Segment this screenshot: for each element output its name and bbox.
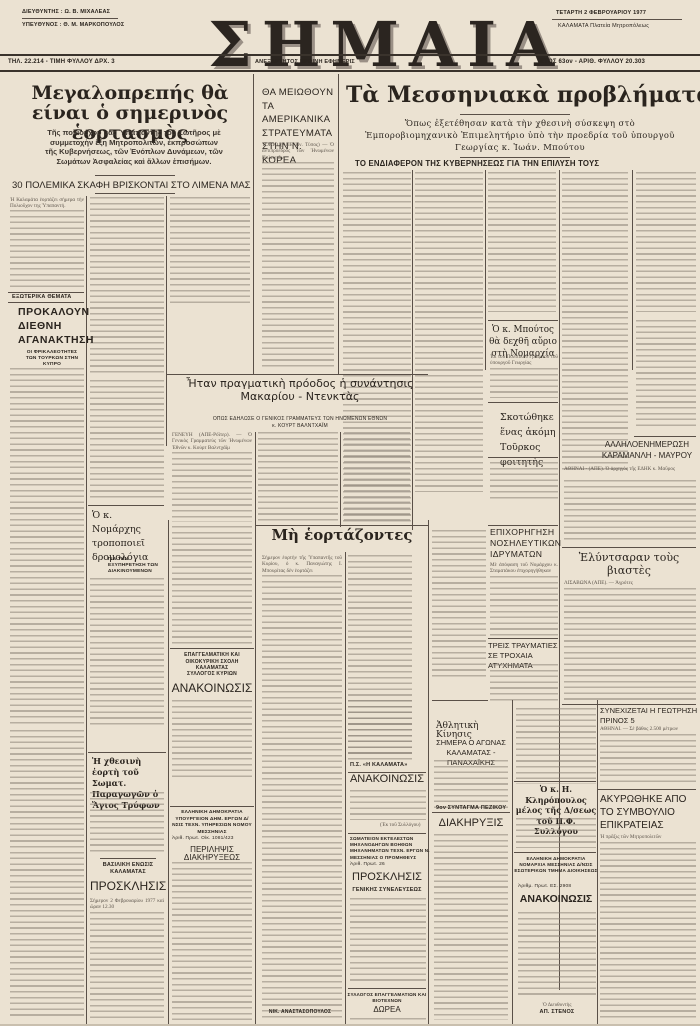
mech-org: ΣΩΜΑΤΕΙΟΝ ΕΚΤΕΛΕΣΤΩΝ ΜΗΧΑΝΟΔΗΓΩΝ ΒΟΗΘΩΝ … [350, 836, 430, 861]
messinia-col-2 [415, 172, 483, 492]
prefecture-body [518, 912, 596, 998]
prinos-body [600, 734, 696, 784]
messinia-headline: Τὰ Μεσσηνιακὰ προβλήματα [346, 84, 696, 107]
foreign-deck: ΟΙ ΦΡΙΚΑΛΕΟΤΗΤΕΣ ΤΩΝ ΤΟΥΡΚΩΝ ΣΤΗΝ ΚΥΠΡΟ [22, 350, 82, 368]
student-headline: Σκοτώθηκε ἕνας ἀκόμη Τοῦρκος φοιτητὴς [500, 410, 560, 470]
messinia-deck: Ὅπως ἐξετέθησαν κατὰ τὴν χθεσινὴ σύσκεψη… [360, 118, 680, 153]
mech-body [350, 898, 426, 984]
prinos-headline: ΣΥΝΕΧΙΖΕΤΑΙ Η ΓΕΩΤΡΗΣΗ ΠΡΙΝΟΣ 5 [600, 706, 698, 726]
not-celebrating-lead: Σήμερον ἑορτὴν τῆς Ὑπαπαντῆς τοῦ Κυρίου,… [262, 555, 342, 575]
mech-title: ΠΡΟΣΚΛΗΣΙΣ [346, 872, 428, 884]
works-body [172, 862, 252, 1022]
messinia-col-3 [488, 172, 556, 312]
foreign-kicker: ΕΞΩΤΕΡΙΚΑ ΘΕΜΑΤΑ [12, 294, 71, 300]
left-col-1-bottom [10, 730, 84, 1020]
newspaper-page: ΔΙΕΥΘΥΝΤΗΣ : Ω. Β. ΜΙΧΑΛΕΑΣ ΥΠΕΥΘΥΝΟΣ : … [0, 0, 700, 1026]
makarios-lead: ΓΕΝΕΥΗ (ΑΠΕ-Ρόϊτερ). — Ὁ Γενικὸς Γραμματ… [172, 432, 252, 452]
hospitals-lead: Μὲ ἀπόφαση τοῦ Νομάρχου κ. Σταματάκου ἐπ… [490, 562, 558, 576]
prefecture-title: ΑΝΑΚΟΙΝΩΣΙΣ [514, 894, 598, 905]
karamanlis-headline: ΑΛΛΗΛΟΕΝΗΜΕΡΩΣΗ ΚΑΡΑΜΑΝΛΗ - ΜΑΥΡΟΥ [598, 440, 696, 461]
basilike-body [90, 912, 164, 1020]
makarios-col-3 [344, 432, 410, 522]
korea-lead: ΤΟΚΙΟ (ΑΠΕ-Ἡν. Τύπος) — Ὁ ἀντιπρόεδρος τ… [262, 142, 334, 162]
boutos-body [490, 368, 558, 398]
dorea-title: ΔΩΡΕΑ [346, 1006, 428, 1014]
makarios-headline: Ἦταν πραγματικὴ πρόοδος ἡ συνάντησις Μακ… [172, 377, 428, 403]
makarios-deck: ΟΠΩΣ ΕΔΗΛΩΣΕ Ο ΓΕΝΙΚΟΣ ΓΡΑΜΜΑΤΕΥΣ ΤΩΝ ΗΝ… [210, 416, 390, 430]
hospitals-body [490, 576, 558, 636]
feast-column-1 [10, 210, 84, 290]
messinia-col-4 [562, 172, 628, 472]
prefecture-sign-name: ΑΠ. ΣΤΕΝΟΣ [518, 1010, 596, 1016]
not-celebrating-col-1 [262, 575, 342, 1020]
klironomos-above [516, 708, 596, 784]
ps-org: Π.Σ. «Η ΚΑΛΑΜΑΤΑ» [350, 763, 430, 769]
hospitals-headline: ΕΠΙΧΟΡΗΓΗΣΗ ΝΟΣΗΛΕΥΤΙΚΩΝ ΙΔΡΥΜΑΤΩΝ [490, 527, 560, 560]
foreign-headline: ΠΡΟΚΑΛΟΥΝ ΔΙΕΘΝΗ ΑΓΑΝΑΚΤΗΣΗ [18, 305, 84, 347]
school-title: ΑΝΑΚΟΙΝΩΣΙΣ [170, 682, 254, 695]
battalion-org: 9ον ΣΥΝΤΑΓΜΑ ΠΕΖΙΚΟΥ [436, 806, 512, 812]
nomarch-body [90, 578, 164, 728]
address: ΚΑΛΑΜΑΤΑ Πλατεία Μητροπόλεως [558, 23, 649, 29]
director-credit: ΔΙΕΥΘΥΝΤΗΣ : Ω. Β. ΜΙΧΑΛΕΑΣ [22, 9, 110, 15]
phone-price: ΤΗΛ. 22.214 - ΤΙΜΗ ΦΥΛΛΟΥ ΔΡΧ. 3 [8, 59, 115, 65]
tagline: ΑΝΕΞΑΡΤΗΤΟΣ ΠΡΩΙΝΗ ΕΦΗΜΕΡΙΣ [255, 59, 355, 65]
lynching-lead: ΛΙΣΑΒΩΝΑ (ΑΠΕ). — Ἀγρότες [564, 580, 696, 588]
karamanlis-body [564, 480, 696, 540]
school-org: ΕΠΑΓΓΕΛΜΑΤΙΚΗ ΚΑΙ ΟΙΚΟΚΥΡΙΚΗ ΣΧΟΛΗ ΚΑΛΑΜ… [170, 652, 254, 672]
anastasopoulos-sign: ΝΙΚ. ΑΝΑΣΤΑΣΟΠΟΥΛΟΣ [258, 1010, 342, 1015]
sports-body [434, 760, 508, 810]
center-col-upper [348, 700, 412, 760]
sports-col-upper [432, 530, 486, 680]
ps-sign: (Ἐκ τοῦ Συλλόγου) [380, 822, 428, 830]
feast-deck: Τῆς πολιούχου μας Ὑπαπαντῆς τοῦ Σωτῆρος … [44, 128, 224, 166]
feast-subhead: 30 ΠΟΛΕΜΙΚΑ ΣΚΑΦΗ ΒΡΙΣΚΟΝΤΑΙ ΣΤΟ ΛΙΜΕΝΑ … [12, 181, 260, 191]
foreign-body [10, 368, 84, 724]
school-body [172, 700, 252, 780]
battalion-title: ΔΙΑΚΗΡΥΞΙΣ [432, 818, 510, 830]
korea-body [262, 162, 334, 370]
not-celebrating-headline: Μὴ ἑορτάζοντες [256, 528, 428, 544]
mech-subtitle: ΓΕΝΙΚΗΣ ΣΥΝΕΛΕΥΣΕΩΣ [346, 888, 428, 894]
makarios-col-2 [258, 432, 338, 522]
makarios-col-1 [172, 452, 252, 522]
karamanlis-lead: ΑΘΗΝΑΙ - (ΑΠΕ). Ὁ ἀρχηγὸς τῆς ΕΔΗΚ κ. Μα… [564, 466, 696, 480]
responsible-credit: ΥΠΕΥΘΥΝΟΣ : Θ. Μ. ΜΑΡΚΟΠΟΥΛΟΣ [22, 22, 124, 28]
messinia-subhead: ΤΟ ΕΝΔΙΑΦΕΡΟΝ ΤΗΣ ΚΥΒΕΡΝΗΣΕΩΣ ΓΙΑ ΤΗΝ ΕΠ… [355, 160, 695, 168]
prinos-lead: ΑΘΗΝΑΙ. — Σὲ βάθος 2.500 μέτρων [600, 726, 696, 734]
issue-date: ΤΕΤΑΡΤΗ 2 ΦΕΒΡΟΥΑΡΙΟΥ 1977 [556, 10, 646, 16]
prefecture-ref: Ἀριθμ. Πρωτ. ΕΣ. 2908 [518, 884, 598, 889]
lynching-body [564, 588, 696, 700]
feast-column-2 [90, 197, 164, 375]
mech-ref: Ἀριθ. Πρωτ. 26 [350, 862, 430, 867]
boutos-lead: Ἐκ τοῦ Πολιτικοῦ Γραφείου τοῦ ὑπουργοῦ Γ… [490, 354, 558, 368]
ps-body [350, 790, 426, 820]
prefecture-org: ΕΛΛΗΝΙΚΗ ΔΗΜΟΚΡΑΤΙΑ ΝΟΜΑΡΧΙΑ ΜΕΣΣΗΝΙΑΣ Δ… [514, 856, 598, 875]
basilike-title: ΠΡΟΣΚΛΗΣΙΣ [90, 880, 166, 893]
lynching-headline: Ἐλύντσαραν τοὺς βιαστὲς [562, 551, 696, 577]
school-org2: ΣΥΛΛΟΓΟΣ ΚΥΡΙΩΝ [170, 672, 254, 677]
masthead-title: ΣΗΜΑΙΑ [208, 14, 564, 76]
right-col-body [636, 320, 696, 430]
accidents-body [490, 664, 558, 704]
feast-lead: Ἡ Καλαμάτα ἑορτάζει σήμερα τὴν Πολιοῦχον… [10, 197, 84, 209]
works-ref: Ἀριθ. Πρωτ. Οἰκ. 1081/423 [172, 836, 256, 841]
klironomos-body [516, 818, 596, 848]
nomarch-deck: ΓΙΑ ΤΗΝ ΕΞΥΠΗΡΕΤΗΣΗ ΤΩΝ ΔΙΑΚΙΝΟΥΜΕΝΩΝ [108, 557, 164, 575]
left-col-2-body [90, 380, 164, 500]
council-headline: ΑΚΥΡΩΘΗΚΕ ΑΠΟ ΤΟ ΣΥΜΒΟΥΛΙΟ ΕΠΙΚΡΑΤΕΙΑΣ [600, 793, 696, 832]
ps-title: ΑΝΑΚΟΙΝΩΣΙΣ [346, 774, 428, 786]
basilike-org: ΒΑΣΙΛΙΚΗ ΕΝΩΣΙΣ ΚΑΛΑΜΑΤΑΣ [90, 862, 166, 876]
year-issue: ΕΤΟΣ 63ον - ΑΡΙΘ. ΦΥΛΛΟΥ 20.303 [540, 59, 645, 65]
dorea-org: ΣΥΛΛΟΓΟΣ ΕΠΑΓΓΕΛΜΑΤΙΩΝ ΚΑΙ ΒΙΟΤΕΧΝΩΝ [346, 992, 428, 1004]
battalion-body [434, 834, 508, 1020]
council-lead: Ἡ πρᾶξις τῶν Μητροπολιτῶν [600, 834, 696, 842]
works-org: ΕΛΛΗΝΙΚΗ ΔΗΜΟΚΡΑΤΙΑ ΥΠΟΥΡΓΕΙΟΝ ΔΗΜ. ΕΡΓΩ… [170, 810, 254, 836]
student-body [490, 462, 558, 502]
basilike-lead: Σήμερον 2 Φεβρουαρίου 1977 καὶ ὥραν 12.3… [90, 898, 164, 912]
makarios-cont [172, 526, 252, 644]
works-title: ΠΕΡΙΛΗΨΙΣ ΔΙΑΚΗΡΥΞΕΩΣ [168, 846, 256, 863]
feast-column-3 [170, 197, 250, 307]
candlemas-body [90, 792, 164, 856]
council-body [600, 842, 696, 1020]
messinia-col-5 [636, 172, 696, 312]
